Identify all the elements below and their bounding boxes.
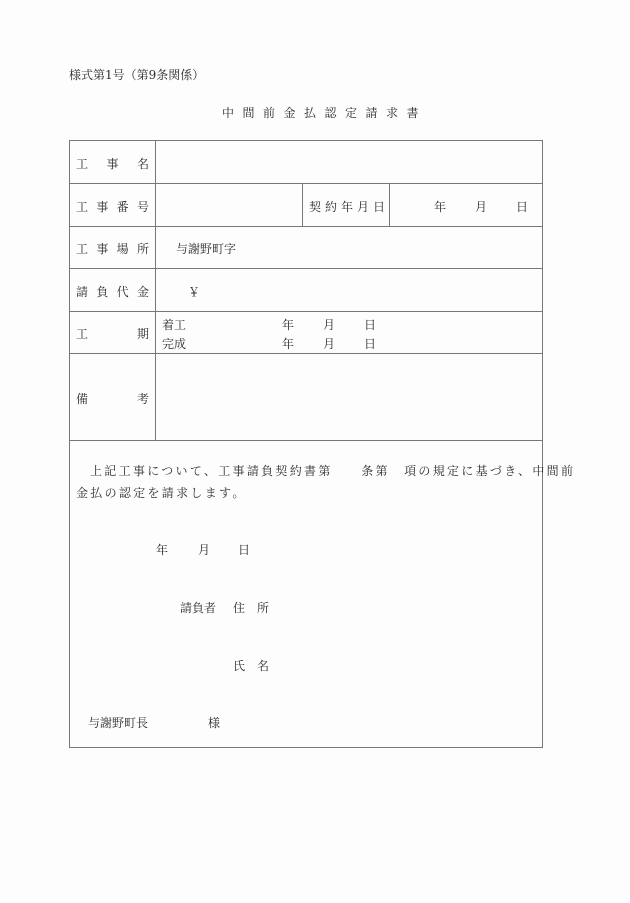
declaration-line-1: 上記工事について、工事請負契約書第 条第 項の規定に基づき、中間前 <box>90 462 575 479</box>
label-project-number: 工 事 番 号 <box>76 198 149 215</box>
label-construction-period: 工 期 <box>76 325 149 342</box>
form-number: 様式第1号（第9条関係） <box>69 66 204 83</box>
honorific-label: 様 <box>208 714 220 731</box>
completion-month: 月 <box>323 335 335 352</box>
declaration-line-2: 金払の認定を請求します。 <box>76 484 247 501</box>
completion-year: 年 <box>282 335 294 352</box>
completion-day: 日 <box>364 335 376 352</box>
row-divider <box>70 226 542 227</box>
request-date-month: 月 <box>198 541 210 558</box>
address-field[interactable] <box>278 599 528 617</box>
project-name-field[interactable] <box>162 155 542 175</box>
label-project-location: 工 事 場 所 <box>76 240 149 257</box>
name-label: 氏 名 <box>233 657 269 674</box>
remarks-field[interactable] <box>162 361 537 433</box>
completion-label: 完成 <box>162 335 186 352</box>
label-contract-date: 契約年月日 <box>309 198 389 215</box>
contract-date-day: 日 <box>516 198 528 215</box>
start-label: 着工 <box>162 316 186 333</box>
label-remarks: 備 考 <box>76 390 149 407</box>
contract-date-year: 年 <box>434 198 446 215</box>
row-divider <box>70 268 542 269</box>
request-date-day: 日 <box>238 541 250 558</box>
label-project-name: 工 事 名 <box>76 155 149 172</box>
contract-amount-field[interactable]: ￥ <box>188 283 200 300</box>
start-year: 年 <box>282 316 294 333</box>
row-divider <box>70 353 542 354</box>
row-divider <box>70 311 542 312</box>
request-form-table: 工 事 名 工 事 番 号 契約年月日 年 月 日 工 事 場 所 与謝野町字 … <box>69 140 543 748</box>
column-divider <box>155 141 156 440</box>
label-contract-amount: 請 負 代 金 <box>76 283 149 300</box>
contract-date-month: 月 <box>475 198 487 215</box>
project-location-field[interactable]: 与謝野町字 <box>176 240 236 257</box>
row-divider <box>70 183 542 184</box>
row-divider <box>70 440 542 441</box>
column-divider <box>389 183 390 226</box>
document-title: 中間前金払認定請求書 <box>222 104 427 121</box>
recipient-label: 与謝野町長 <box>88 714 148 731</box>
start-day: 日 <box>364 316 376 333</box>
start-month: 月 <box>323 316 335 333</box>
contractor-label: 請負者 <box>180 599 216 616</box>
column-divider <box>302 183 303 226</box>
project-number-field[interactable] <box>162 198 297 218</box>
request-date-year: 年 <box>156 541 168 558</box>
address-label: 住 所 <box>233 599 269 616</box>
name-field[interactable] <box>278 657 528 675</box>
